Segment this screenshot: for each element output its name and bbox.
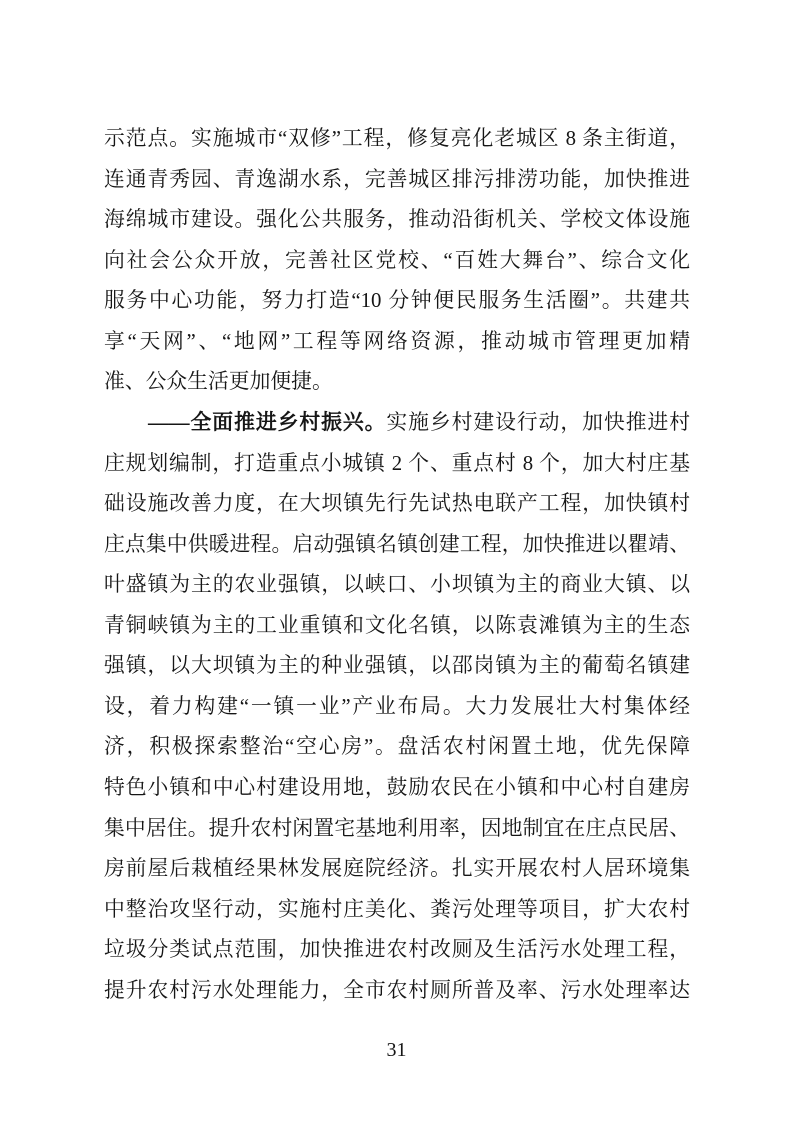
text-line: 服务中心功能，努力打造“10 分钟便民服务生活圈”。共建共 — [104, 281, 690, 322]
text-line: 叶盛镇为主的农业强镇，以峡口、小坝镇为主的商业大镇、以 — [104, 565, 690, 606]
text-line: 海绵城市建设。强化公共服务，推动沿街机关、学校文体设施 — [104, 200, 690, 241]
text-line: 提升农村污水处理能力，全市农村厕所普及率、污水处理率达 — [104, 971, 690, 1012]
text-line: 连通青秀园、青逸湖水系，完善城区排污排涝功能，加快推进 — [104, 160, 690, 201]
text-line: 示范点。实施城市“双修”工程，修复亮化老城区 8 条主街道， — [104, 119, 690, 160]
text-line: 庄点集中供暖进程。启动强镇名镇创建工程，加快推进以瞿靖、 — [104, 525, 690, 566]
paragraph-lead-bold: ——全面推进乡村振兴。 — [148, 411, 386, 434]
text-line: 集中居住。提升农村闲置宅基地利用率，因地制宜在庄点民居、 — [104, 809, 690, 850]
text-line: 准、公众生活更加便捷。 — [104, 362, 690, 403]
text-line: 庄规划编制，打造重点小城镇 2 个、重点村 8 个，加大村庄基 — [104, 444, 690, 485]
body-text-block: 示范点。实施城市“双修”工程，修复亮化老城区 8 条主街道， 连通青秀园、青逸湖… — [104, 119, 690, 1011]
paragraph-lead-rest: 实施乡村建设行动，加快推进村 — [386, 411, 690, 434]
text-line: 特色小镇和中心村建设用地，鼓励农民在小镇和中心村自建房 — [104, 768, 690, 809]
text-line: 设，着力构建“一镇一业”产业布局。大力发展壮大村集体经 — [104, 687, 690, 728]
text-line: 础设施改善力度，在大坝镇先行先试热电联产工程，加快镇村 — [104, 484, 690, 525]
text-line: 济，积极探索整治“空心房”。盘活农村闲置土地，优先保障 — [104, 727, 690, 768]
text-line: 向社会公众开放，完善社区党校、“百姓大舞台”、综合文化 — [104, 241, 690, 282]
text-line: 青铜峡镇为主的工业重镇和文化名镇，以陈袁滩镇为主的生态 — [104, 606, 690, 647]
text-line: 享“天网”、“地网”工程等网络资源，推动城市管理更加精 — [104, 322, 690, 363]
text-line: 房前屋后栽植经果林发展庭院经济。扎实开展农村人居环境集 — [104, 849, 690, 890]
text-line: 垃圾分类试点范围，加快推进农村改厕及生活污水处理工程， — [104, 930, 690, 971]
document-page: 示范点。实施城市“双修”工程，修复亮化老城区 8 条主街道， 连通青秀园、青逸湖… — [0, 0, 793, 1122]
text-line: ——全面推进乡村振兴。实施乡村建设行动，加快推进村 — [104, 403, 690, 444]
text-line: 中整治攻坚行动，实施村庄美化、粪污处理等项目，扩大农村 — [104, 890, 690, 931]
page-number: 31 — [0, 1036, 793, 1064]
text-line: 强镇，以大坝镇为主的种业强镇，以邵岗镇为主的葡萄名镇建 — [104, 646, 690, 687]
